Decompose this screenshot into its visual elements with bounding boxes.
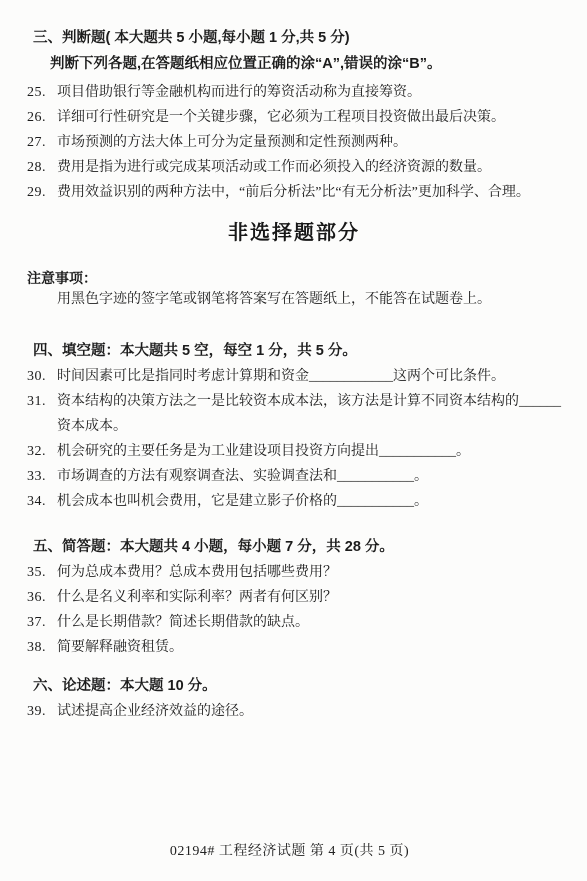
section-3-heading: 三、判断题( 本大题共 5 小题,每小题 1 分,共 5 分): [33, 25, 561, 51]
question-number: 30.: [27, 364, 57, 389]
question-row-39: 39. 试述提高企业经济效益的途径。: [27, 699, 561, 724]
exam-page: 三、判断题( 本大题共 5 小题,每小题 1 分,共 5 分) 判断下列各题,在…: [0, 0, 587, 881]
part-title: 非选择题部分: [27, 219, 561, 247]
question-row-35: 35. 何为总成本费用？总成本费用包括哪些费用？: [27, 560, 561, 585]
question-number: 36.: [27, 585, 57, 610]
question-number: 34.: [27, 489, 57, 514]
question-number: 39.: [27, 699, 57, 724]
question-text: 机会研究的主要任务是为工业建设项目投资方向提出___________。: [57, 439, 561, 464]
question-number: 28.: [27, 155, 57, 180]
question-number: 26.: [27, 105, 57, 130]
question-row-30: 30. 时间因素可比是指同时考虑计算期和资金____________这两个可比条…: [27, 364, 561, 389]
question-number: 32.: [27, 439, 57, 464]
question-row-33: 33. 市场调查的方法有观察调查法、实验调查法和___________。: [27, 464, 561, 489]
question-number: 25.: [27, 80, 57, 105]
section-3-instruction: 判断下列各题,在答题纸相应位置正确的涂“A”,错误的涂“B”。: [50, 51, 561, 77]
question-31-continuation: 资本成本。: [57, 414, 561, 439]
question-text: 什么是名义利率和实际利率？两者有何区别？: [57, 585, 561, 610]
question-text: 何为总成本费用？总成本费用包括哪些费用？: [57, 560, 561, 585]
question-text: 什么是长期借款？简述长期借款的缺点。: [57, 610, 561, 635]
question-number: 35.: [27, 560, 57, 585]
question-text: 市场调查的方法有观察调查法、实验调查法和___________。: [57, 464, 561, 489]
question-number: 33.: [27, 464, 57, 489]
question-row-36: 36. 什么是名义利率和实际利率？两者有何区别？: [27, 585, 561, 610]
section-6-heading: 六、论述题：本大题 10 分。: [33, 673, 561, 699]
question-text: 时间因素可比是指同时考虑计算期和资金____________这两个可比条件。: [57, 364, 561, 389]
question-text: 机会成本也叫机会费用，它是建立影子价格的___________。: [57, 489, 561, 514]
question-row-25: 25. 项目借助银行等金融机构而进行的筹资活动称为直接筹资。: [27, 80, 561, 105]
question-number: 31.: [27, 389, 57, 414]
question-row-29: 29. 费用效益识别的两种方法中，“前后分析法”比“有无分析法”更加科学、合理。: [27, 180, 561, 205]
section-4-heading: 四、填空题：本大题共 5 空，每空 1 分，共 5 分。: [33, 338, 561, 364]
notice-label: 注意事项：: [27, 267, 561, 289]
question-row-38: 38. 简要解释融资租赁。: [27, 635, 561, 660]
question-number: 37.: [27, 610, 57, 635]
question-row-37: 37. 什么是长期借款？简述长期借款的缺点。: [27, 610, 561, 635]
question-text: 试述提高企业经济效益的途径。: [57, 699, 561, 724]
question-text: 资本结构的决策方法之一是比较资本成本法，该方法是计算不同资本结构的______: [57, 389, 561, 414]
question-row-32: 32. 机会研究的主要任务是为工业建设项目投资方向提出___________。: [27, 439, 561, 464]
question-text: 费用效益识别的两种方法中，“前后分析法”比“有无分析法”更加科学、合理。: [57, 180, 561, 205]
question-text: 费用是指为进行或完成某项活动或工作而必须投入的经济资源的数量。: [57, 155, 561, 180]
question-text: 详细可行性研究是一个关键步骤，它必须为工程项目投资做出最后决策。: [57, 105, 561, 130]
question-number: 27.: [27, 130, 57, 155]
question-text: 项目借助银行等金融机构而进行的筹资活动称为直接筹资。: [57, 80, 561, 105]
page-footer: 02194# 工程经济试题 第 4 页(共 5 页): [0, 842, 579, 862]
question-row-28: 28. 费用是指为进行或完成某项活动或工作而必须投入的经济资源的数量。: [27, 155, 561, 180]
question-row-27: 27. 市场预测的方法大体上可分为定量预测和定性预测两种。: [27, 130, 561, 155]
question-row-34: 34. 机会成本也叫机会费用，它是建立影子价格的___________。: [27, 489, 561, 514]
question-row-26: 26. 详细可行性研究是一个关键步骤，它必须为工程项目投资做出最后决策。: [27, 105, 561, 130]
question-text: 市场预测的方法大体上可分为定量预测和定性预测两种。: [57, 130, 561, 155]
question-number: 29.: [27, 180, 57, 205]
question-number: 38.: [27, 635, 57, 660]
notice-text: 用黑色字迹的签字笔或钢笔将答案写在答题纸上，不能答在试题卷上。: [57, 289, 561, 311]
question-row-31: 31. 资本结构的决策方法之一是比较资本成本法，该方法是计算不同资本结构的___…: [27, 389, 561, 414]
question-text: 简要解释融资租赁。: [57, 635, 561, 660]
section-5-heading: 五、简答题：本大题共 4 小题，每小题 7 分，共 28 分。: [33, 534, 561, 560]
